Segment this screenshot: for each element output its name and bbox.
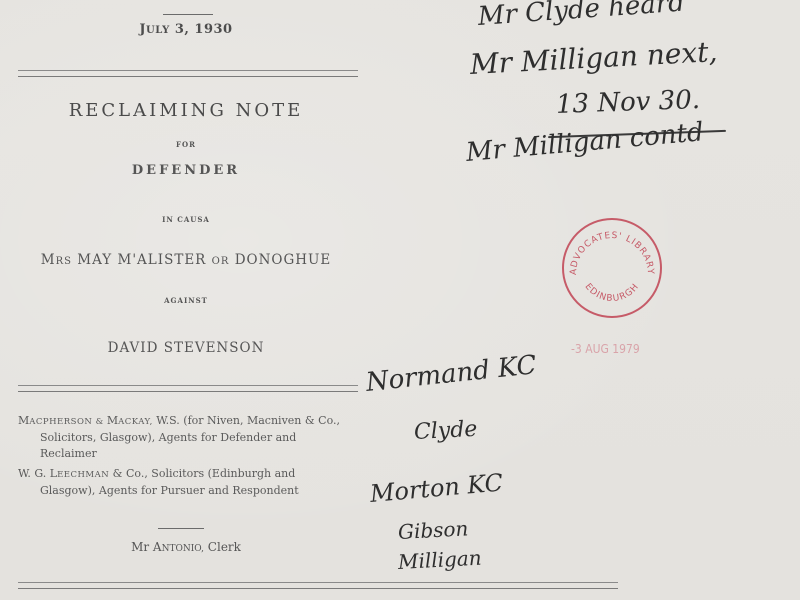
handwritten-counsel-pursuer-2: Gibson — [397, 516, 469, 544]
double-rule-bottom — [18, 582, 618, 589]
for-label: FOR — [0, 140, 372, 149]
handwritten-note-line-2: Mr Milligan next, — [469, 35, 718, 81]
document-title: RECLAIMING NOTE — [0, 100, 372, 121]
handwritten-note-date: 13 Nov 30. — [555, 85, 700, 120]
stamp-ring-text-icon: ADVOCATES' LIBRARY EDINBURGH — [562, 218, 662, 318]
double-rule-middle — [18, 385, 358, 392]
top-short-rule — [163, 14, 213, 15]
document-date: JULY 3, 1930 — [0, 22, 372, 37]
pursuer-name: MRS MAY M'ALISTER OR DONOGHUE — [0, 252, 372, 268]
clerk-line: Mr ANTONIO, Clerk — [0, 540, 372, 554]
in-causa-label: IN CAUSA — [0, 215, 372, 224]
stamp-date: -3 AUG 1979 — [571, 342, 640, 356]
against-label: AGAINST — [0, 296, 372, 305]
handwritten-note-line-1: Mr Clyde heard — [477, 0, 686, 32]
handwritten-counsel-defender-2: Clyde — [413, 417, 478, 445]
party-role: DEFENDER — [0, 163, 372, 178]
clerk-short-rule — [158, 528, 204, 529]
defendant-name: DAVID STEVENSON — [0, 340, 372, 356]
library-stamp: ADVOCATES' LIBRARY EDINBURGH — [562, 218, 662, 318]
handwritten-counsel-defender-1: Normand KC — [364, 350, 537, 398]
double-rule-top — [18, 70, 358, 77]
handwritten-counsel-pursuer-3: Milligan — [397, 546, 482, 574]
handwritten-note-line-4: Mr Milligan contd — [465, 117, 705, 168]
svg-text:ADVOCATES' LIBRARY: ADVOCATES' LIBRARY — [569, 231, 655, 276]
agent-entry-defender: MACPHERSON & MACKAY, W.S. (for Niven, Ma… — [18, 413, 348, 462]
agent-entry-pursuer: W. G. LEECHMAN & Co., Solicitors (Edinbu… — [18, 466, 348, 499]
printed-backing-sheet: JULY 3, 1930 RECLAIMING NOTE FOR DEFENDE… — [0, 0, 380, 600]
handwritten-counsel-pursuer-1: Morton KC — [369, 468, 504, 508]
document-page: JULY 3, 1930 RECLAIMING NOTE FOR DEFENDE… — [0, 0, 800, 600]
svg-text:EDINBURGH: EDINBURGH — [583, 282, 642, 304]
agents-block: MACPHERSON & MACKAY, W.S. (for Niven, Ma… — [18, 413, 348, 503]
